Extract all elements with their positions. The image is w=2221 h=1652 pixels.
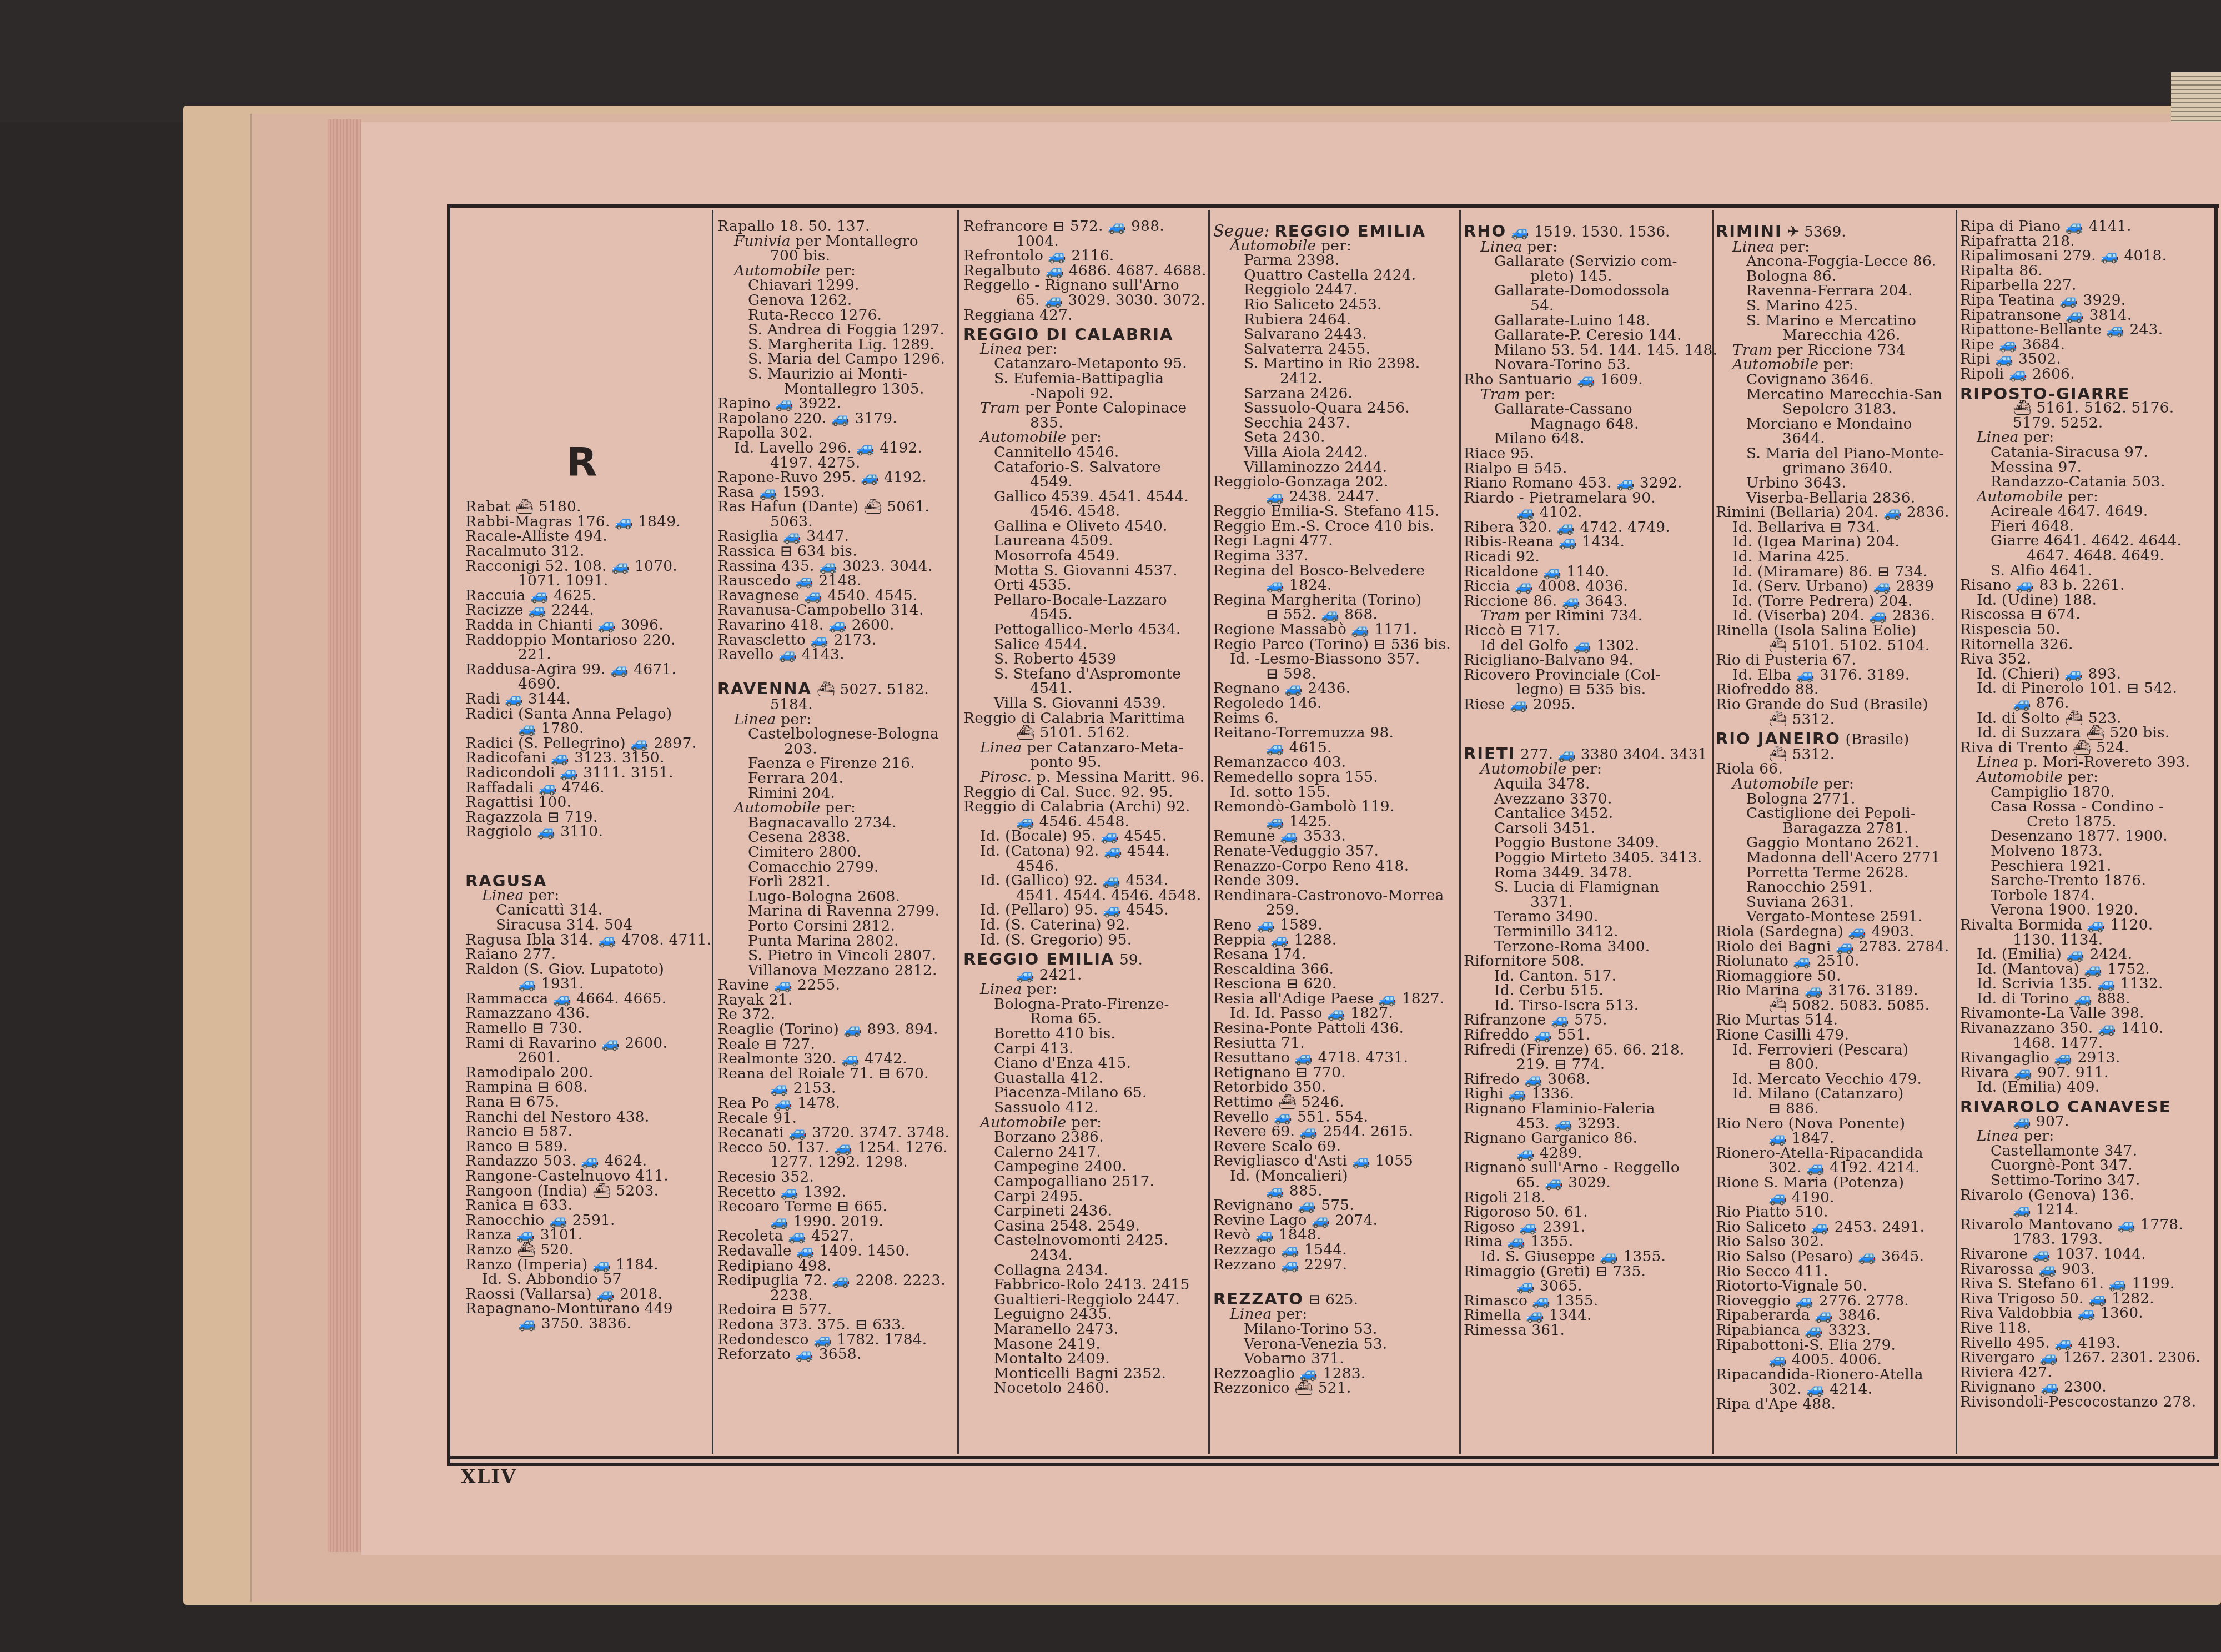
index-entry: Rivergaro 🚙 1267. 2301. 2306. — [1960, 1350, 2213, 1365]
index-entry: Id. (Viserba) 204. 🚙 2836. — [1716, 609, 1952, 624]
index-entry: Riva Trigoso 50. 🚙 1282. — [1960, 1292, 2213, 1307]
index-entry: Avezzano 3370. — [1464, 792, 1708, 807]
index-entry: Comacchio 2799. — [717, 860, 953, 875]
transport-label: Automobile per: — [1716, 777, 1952, 792]
index-entry: Radicondoli 🚙 3111. 3151. — [465, 766, 707, 781]
spacer — [465, 219, 707, 234]
index-entry: 835. — [963, 416, 1205, 431]
transport-label: Linea per Catanzaro-Meta- — [963, 741, 1205, 756]
section-heading: REGGIO DI CALABRIA — [963, 327, 1205, 342]
index-entry: Riola (Sardegna) 🚙 4903. — [1716, 925, 1952, 940]
index-entry: Rende 309. — [1213, 873, 1455, 888]
transport-label: Tram per: — [1464, 388, 1708, 403]
index-entry: Rigoroso 50. 61. — [1464, 1205, 1708, 1220]
index-entry: Id. Id. Passo 🚙 1827. — [1213, 1006, 1455, 1021]
index-entry: S. Maria del Campo 1296. — [717, 352, 953, 367]
index-entry: Cannitello 4546. — [963, 445, 1205, 460]
index-entry: Rimini 204. — [717, 786, 953, 801]
index-entry: Suviana 2631. — [1716, 895, 1952, 910]
index-entry: Desenzano 1877. 1900. — [1960, 829, 2213, 844]
index-entry: Revello 🚙 551. 554. — [1213, 1110, 1455, 1125]
index-entry: Resia all'Adige Paese 🚙 1827. — [1213, 992, 1455, 1007]
index-entry: Remedello sopra 155. — [1213, 770, 1455, 785]
index-entry: Castellamonte 347. — [1960, 1144, 2213, 1159]
index-entry: Orti 4535. — [963, 578, 1205, 593]
spacer — [465, 470, 707, 485]
index-entry: Id. di Pinerolo 101. ⊟ 542. — [1960, 681, 2213, 696]
index-entry: Radda in Chianti 🚙 3096. — [465, 618, 707, 633]
index-entry: Rio di Pusteria 67. — [1716, 653, 1952, 668]
index-entry: Settimo-Torino 347. — [1960, 1173, 2213, 1188]
index-entry: Gallarate-Domodossola — [1464, 284, 1708, 299]
index-entry: Rio Saliceto 2453. — [1213, 298, 1455, 313]
index-entry: Siracusa 314. 504 — [465, 918, 707, 933]
index-entry: Rana ⊟ 675. — [465, 1095, 707, 1110]
index-entry: Ravenna-Ferrara 204. — [1716, 284, 1952, 299]
index-entry: Recale 91. — [717, 1111, 953, 1126]
section-heading: RHO 🚙 1519. 1530. 1536. — [1464, 224, 1708, 240]
index-entry: 219. ⊟ 774. — [1464, 1057, 1708, 1072]
index-entry: S. Lucia di Flamignan — [1464, 880, 1708, 895]
index-entry: grimano 3640. — [1716, 461, 1952, 476]
index-entry: Rivangaglio 🚙 2913. — [1960, 1051, 2213, 1066]
index-entry: Castiglione dei Pepoli- — [1716, 806, 1952, 821]
spacer — [465, 396, 707, 411]
index-entry: Rabbi-Magras 176. 🚙 1849. — [465, 515, 707, 530]
index-column-4: Segue: REGGIO EMILIAAutomobile per:Parma… — [1213, 219, 1455, 1396]
index-entry: Id. Ferrovieri (Pescara) — [1716, 1043, 1952, 1058]
index-entry: Cesena 2838. — [717, 830, 953, 845]
index-entry: Id. (Emilia) 🚙 2424. — [1960, 947, 2213, 962]
index-entry: Rasa 🚙 1593. — [717, 485, 953, 500]
index-entry: Guastalla 412. — [963, 1071, 1205, 1086]
index-entry: Id. Canton. 517. — [1464, 969, 1708, 984]
index-entry: Rampina ⊟ 608. — [465, 1080, 707, 1095]
column-divider — [1956, 210, 1957, 1454]
index-entry: Riace 95. — [1464, 446, 1708, 461]
index-entry: -Napoli 92. — [963, 386, 1205, 401]
index-entry: 1004. — [963, 234, 1205, 249]
section-heading: RIVAROLO CANAVESE — [1960, 1099, 2213, 1114]
index-entry: Montalto 2409. — [963, 1352, 1205, 1367]
index-entry: Rescaldina 366. — [1213, 962, 1455, 977]
index-entry: Laureana 4509. — [963, 534, 1205, 549]
index-entry: Secchia 2437. — [1213, 416, 1455, 431]
index-entry: 65. 🚙 3029. — [1464, 1176, 1708, 1191]
index-entry: Viserba-Bellaria 2836. — [1716, 491, 1952, 506]
index-entry: Ricovero Provinciale (Col- — [1464, 668, 1708, 683]
index-entry: Rifornitore 508. — [1464, 954, 1708, 969]
column-divider — [1712, 210, 1714, 1454]
index-entry: Madonna dell'Acero 2771 — [1716, 851, 1952, 866]
index-entry: Rea Po 🚙 1478. — [717, 1096, 953, 1111]
index-entry: Retignano ⊟ 770. — [1213, 1066, 1455, 1081]
index-entry: Fabbrico-Rolo 2413. 2415 — [963, 1278, 1205, 1293]
index-entry: Porto Corsini 2812. — [717, 919, 953, 934]
index-entry: Revere 69. 🚙 2544. 2615. — [1213, 1124, 1455, 1139]
transport-label: Automobile per: — [717, 801, 953, 816]
index-entry: Villa S. Giovanni 4539. — [963, 696, 1205, 711]
index-entry: Messina 97. — [1960, 460, 2213, 475]
index-entry: S. Martino in Rio 2398. — [1213, 356, 1455, 371]
index-entry: 302. 🚙 4214. — [1716, 1382, 1952, 1397]
index-entry: Retorbido 350. — [1213, 1080, 1455, 1095]
index-entry: Renazzo-Corpo Reno 418. — [1213, 859, 1455, 874]
index-entry: Ripacandida-Rionero-Atella — [1716, 1368, 1952, 1383]
index-entry: ⛴ 5101. 5102. 5104. — [1716, 639, 1952, 654]
spacer — [465, 249, 707, 264]
index-entry: Rapagnano-Monturano 449 — [465, 1302, 707, 1317]
index-entry: Revere Scalo 69. — [1213, 1139, 1455, 1154]
index-entry: Bologna-Prato-Firenze- — [963, 997, 1205, 1012]
index-entry: Rio Marina 🚙 3176. 3189. — [1716, 983, 1952, 998]
index-entry: Rivara 🚙 907. 911. — [1960, 1066, 2213, 1081]
index-entry: Roma 65. — [963, 1012, 1205, 1027]
index-entry: Mercatino Marecchia-San — [1716, 388, 1952, 403]
index-entry: Radi 🚙 3144. — [465, 692, 707, 707]
index-entry: Riofreddo 88. — [1716, 682, 1952, 697]
section-heading: RIETI 277. 🚙 3380 3404. 3431 — [1464, 746, 1708, 762]
index-entry: Reno 🚙 1589. — [1213, 918, 1455, 933]
index-entry: Ramazzano 436. — [465, 1006, 707, 1021]
index-entry: Racale-Alliste 494. — [465, 529, 707, 544]
index-entry: Ripa di Piano 🚙 4141. — [1960, 219, 2213, 234]
index-entry: Ranica ⊟ 633. — [465, 1198, 707, 1213]
index-entry: Remune 🚙 3533. — [1213, 829, 1455, 844]
index-entry: Reggio di Calabria Marittima — [963, 711, 1205, 726]
index-entry: 2238. — [717, 1288, 953, 1303]
index-entry: Ramello ⊟ 730. — [465, 1021, 707, 1036]
index-entry: Id. Lavello 296. 🚙 4192. — [717, 441, 953, 456]
index-entry: Reggio Em.-S. Croce 410 bis. — [1213, 519, 1455, 534]
index-entry: Monticelli Bagni 2352. — [963, 1367, 1205, 1382]
index-entry: Ragazzola ⊟ 719. — [465, 810, 707, 825]
index-entry: Riparbella 227. — [1960, 278, 2213, 293]
index-entry: Ricadi 92. — [1464, 550, 1708, 565]
index-entry: Remanzacco 403. — [1213, 755, 1455, 770]
index-entry: Canicattì 314. — [465, 903, 707, 918]
index-entry: 🚙 2438. 2447. — [1213, 490, 1455, 505]
index-entry: Revigliasco d'Asti 🚙 1055 — [1213, 1154, 1455, 1169]
index-entry: Rapolla 302. — [717, 426, 953, 441]
index-entry: Id. Elba 🚙 3176. 3189. — [1716, 668, 1952, 683]
index-entry: Rio Secco 411. — [1716, 1264, 1952, 1279]
index-entry: Ripaberarda 🚙 3846. — [1716, 1308, 1952, 1323]
index-entry: 🚙 4289. — [1464, 1146, 1708, 1161]
transport-label: Automobile per: — [717, 264, 953, 279]
index-entry: 1783. 1793. — [1960, 1232, 2213, 1247]
index-entry: Reggio Emilia-S. Stefano 415. — [1213, 504, 1455, 519]
index-entry: Rifranzone 🚙 575. — [1464, 1013, 1708, 1028]
index-entry: Rimaggio (Greti) ⊟ 735. — [1464, 1264, 1708, 1279]
section-heading: RIMINI ✈ 5369. — [1716, 224, 1952, 240]
index-entry: 🚙 4102. — [1464, 505, 1708, 520]
index-entry: Rigoli 218. — [1464, 1191, 1708, 1206]
index-entry: Acireale 4647. 4649. — [1960, 504, 2213, 519]
index-entry: Terminillo 3412. — [1464, 925, 1708, 940]
index-entry: Id. (Moncalieri) — [1213, 1169, 1455, 1184]
index-entry: Rivalta Bormida 🚙 1120. — [1960, 918, 2213, 933]
index-entry: 🚙 1990. 2019. — [717, 1214, 953, 1229]
index-entry: Borzano 2386. — [963, 1130, 1205, 1145]
index-entry: Resciona ⊟ 620. — [1213, 977, 1455, 992]
index-entry: Cantalice 3452. — [1464, 806, 1708, 821]
index-entry: Regoledo 146. — [1213, 696, 1455, 711]
index-entry: Riolo dei Bagni 🚙 2783. 2784. — [1716, 940, 1952, 955]
index-entry: S. Roberto 4539 — [963, 652, 1205, 667]
index-entry: Gallarate-P. Ceresio 144. — [1464, 328, 1708, 343]
index-entry: Rio Nero (Nova Ponente) — [1716, 1117, 1952, 1132]
index-entry: Ranocchio 🚙 2591. — [465, 1213, 707, 1228]
index-entry: Carpi 2495. — [963, 1189, 1205, 1204]
index-entry: 🚙 1824. — [1213, 578, 1455, 593]
index-entry: Id. (Gallico) 92. 🚙 4534. — [963, 873, 1205, 888]
index-entry: Sassuolo 412. — [963, 1101, 1205, 1116]
index-entry: S. Marino 425. — [1716, 299, 1952, 314]
index-entry: Salvaterra 2455. — [1213, 342, 1455, 357]
index-entry: 4541. — [963, 681, 1205, 696]
index-entry: Id. (Pellaro) 95. 🚙 4545. — [963, 903, 1205, 918]
index-entry: Ranzo ⛴ 520. — [465, 1243, 707, 1258]
index-entry: Baragazza 2781. — [1716, 821, 1952, 836]
index-entry: Vobarno 371. — [1213, 1352, 1455, 1367]
section-heading: RAGUSA — [465, 873, 707, 888]
index-entry: Riese 🚙 2095. — [1464, 697, 1708, 712]
index-entry: Rivanazzano 350. 🚙 1410. — [1960, 1021, 2213, 1036]
index-entry: Raddoppio Montarioso 220. — [465, 633, 707, 648]
spacer — [465, 234, 707, 249]
index-entry: Lugo-Bologna 2608. — [717, 890, 953, 905]
index-entry: Sarzana 2426. — [1213, 386, 1455, 401]
index-entry: Riccia 🚙 4008. 4036. — [1464, 579, 1708, 594]
index-entry: Ranchi del Nestoro 438. — [465, 1110, 707, 1125]
index-entry: Ragusa Ibla 314. 🚙 4708. 4711. — [465, 933, 707, 948]
index-entry: S. Alfio 4641. — [1960, 564, 2213, 579]
frame-bottom-rule — [447, 1456, 2218, 1459]
index-entry: Ras Hafun (Dante) ⛴ 5061. — [717, 500, 953, 515]
index-entry: Rapone-Ruvo 295. 🚙 4192. — [717, 470, 953, 485]
index-entry: Molveno 1873. — [1960, 844, 2213, 859]
index-entry: Rivarone 🚙 1037. 1044. — [1960, 1247, 2213, 1262]
index-entry: Verona 1900. 1920. — [1960, 903, 2213, 918]
index-entry: Salice 4544. — [963, 637, 1205, 652]
index-entry: 453. 🚙 3293. — [1464, 1117, 1708, 1132]
index-entry: Recoaro Terme ⊟ 665. — [717, 1199, 953, 1214]
index-entry: Bagnacavallo 2734. — [717, 816, 953, 831]
index-entry: 4690. — [465, 677, 707, 692]
index-entry: Id. -Lesmo-Biassono 357. — [1213, 652, 1455, 667]
spacer — [465, 411, 707, 426]
index-entry: Rezzago 🚙 1544. — [1213, 1243, 1455, 1258]
index-entry: 700 bis. — [717, 249, 953, 264]
index-entry: Rionero-Atella-Ripacandida — [1716, 1146, 1952, 1161]
index-entry: Rio Salso (Pesaro) 🚙 3645. — [1716, 1249, 1952, 1264]
index-entry: Porretta Terme 2628. — [1716, 866, 1952, 881]
spacer — [1464, 712, 1708, 727]
index-entry: Rangone-Castelnuovo 411. — [465, 1169, 707, 1184]
index-entry: ⛴ 5161. 5162. 5176. — [1960, 401, 2213, 416]
index-entry: Castelnovomonti 2425. — [963, 1233, 1205, 1248]
transport-label: Tram per Riccione 734 — [1716, 343, 1952, 358]
index-column-3: Refrancore ⊟ 572. 🚙 988.1004.Refrontolo … — [963, 219, 1205, 1396]
index-entry: Rio Salso 302. — [1716, 1234, 1952, 1249]
index-entry: Rivarolo Mantovano 🚙 1778. — [1960, 1218, 2213, 1233]
index-entry: Teramo 3490. — [1464, 910, 1708, 925]
index-entry: ⊟ 800. — [1716, 1057, 1952, 1072]
index-entry: Racalmuto 312. — [465, 544, 707, 559]
index-entry: 4545. — [963, 607, 1205, 622]
index-entry: Id. di Torino 🚙 888. — [1960, 992, 2213, 1007]
index-entry: Redavalle 🚙 1409. 1450. — [717, 1244, 953, 1259]
index-entry: Ranocchio 2591. — [1716, 880, 1952, 895]
index-entry: Fieri 4648. — [1960, 519, 2213, 534]
index-entry: 🚙 885. — [1213, 1184, 1455, 1199]
index-entry: Gallarate-Luino 148. — [1464, 314, 1708, 329]
index-entry: Id. (Mantova) 🚙 1752. — [1960, 962, 2213, 977]
index-entry: 🚙 4005. 4006. — [1716, 1353, 1952, 1368]
index-entry: Reggello - Rignano sull'Arno — [963, 278, 1205, 293]
index-entry: Rimessa 361. — [1464, 1323, 1708, 1338]
index-entry: Realmonte 320. 🚙 4742. — [717, 1052, 953, 1067]
index-entry: Regina Margherita (Torino) — [1213, 593, 1455, 608]
index-entry: Radici (S. Pellegrino) 🚙 2897. — [465, 736, 707, 751]
index-entry: Riva di Trento ⛴ 524. — [1960, 741, 2213, 756]
index-entry: 221. — [465, 647, 707, 662]
section-heading: RIO JANEIRO (Brasile) — [1716, 731, 1952, 747]
index-entry: Rifredo 🚙 3068. — [1464, 1072, 1708, 1087]
index-entry: Redoira ⊟ 577. — [717, 1303, 953, 1318]
index-entry: Rauscedo 🚙 2148. — [717, 574, 953, 589]
index-entry: Radicofani 🚙 3123. 3150. — [465, 751, 707, 766]
index-entry: Nocetolo 2460. — [963, 1381, 1205, 1396]
index-entry: Ravine 🚙 2255. — [717, 978, 953, 993]
index-entry: Recetto 🚙 1392. — [717, 1185, 953, 1200]
index-entry: Reitano-Torremuzza 98. — [1213, 726, 1455, 741]
index-entry: Rio Piatto 510. — [1716, 1205, 1952, 1220]
index-entry: Recco 50. 137. 🚙 1254. 1276. — [717, 1141, 953, 1156]
index-entry: Regnano 🚙 2436. — [1213, 681, 1455, 696]
index-entry: Rassica ⊟ 634 bis. — [717, 544, 953, 559]
index-entry: Riolunato 🚙 2510. — [1716, 954, 1952, 969]
index-entry: Reggiana 427. — [963, 308, 1205, 323]
transport-label: Linea per: — [717, 712, 953, 727]
index-entry: Rabat ⛴ 5180. — [465, 500, 707, 515]
index-entry: Rignano sull'Arno - Reggello — [1464, 1161, 1708, 1176]
index-entry: Ravagnese 🚙 4540. 4545. — [717, 589, 953, 604]
index-entry: Ribis-Reana 🚙 1434. — [1464, 535, 1708, 550]
spacer — [465, 456, 707, 471]
transport-label: Automobile per: — [1960, 770, 2213, 785]
index-entry: Id. Tirso-Iscra 513. — [1464, 998, 1708, 1013]
index-entry: Id. (Udine) 188. — [1960, 593, 2213, 608]
index-entry: ⊟ 598. — [1213, 667, 1455, 682]
index-entry: Sarche-Trento 1876. — [1960, 873, 2213, 888]
index-entry: Bologna 2771. — [1716, 792, 1952, 807]
index-entry: Mosorrofa 4549. — [963, 549, 1205, 564]
index-entry: Refrancore ⊟ 572. 🚙 988. — [963, 219, 1205, 234]
section-heading: RIPOSTO-GIARRE — [1960, 386, 2213, 401]
index-entry: S. Maria del Piano-Monte- — [1716, 446, 1952, 461]
index-entry: ponto 95. — [963, 755, 1205, 770]
index-entry: Rettimo ⛴ 5246. — [1213, 1095, 1455, 1110]
index-entry: Id. Mercato Vecchio 479. — [1716, 1072, 1952, 1087]
index-entry: Ravello 🚙 4143. — [717, 647, 953, 662]
index-entry: Genova 1262. — [717, 293, 953, 308]
index-entry: Montallegro 1305. — [717, 382, 953, 397]
column-divider — [712, 210, 713, 1454]
index-entry: Rifredi (Firenze) 65. 66. 218. — [1464, 1043, 1708, 1058]
index-entry: Id. S. Abbondio 57 — [465, 1272, 707, 1287]
index-entry: Id. (Miramare) 86. ⊟ 734. — [1716, 565, 1952, 580]
index-entry: ⛴ 5101. 5162. — [963, 726, 1205, 741]
index-entry: Randazzo 503. 🚙 4624. — [465, 1154, 707, 1169]
section-heading: REZZATO ⊟ 625. — [1213, 1292, 1455, 1308]
index-entry: Redipuglia 72. 🚙 2208. 2223. — [717, 1273, 953, 1288]
index-entry: Rancio ⊟ 587. — [465, 1124, 707, 1139]
index-entry: Sepolcro 3183. — [1716, 402, 1952, 417]
index-entry: 1277. 1292. 1298. — [717, 1155, 953, 1170]
index-entry: Roma 3449. 3478. — [1464, 866, 1708, 881]
index-entry: 🚙 1847. — [1716, 1131, 1952, 1146]
index-entry: Riva 352. — [1960, 652, 2213, 667]
pages-edge — [328, 119, 361, 1552]
index-entry: Reana del Roiale 71. ⊟ 670. — [717, 1067, 953, 1082]
index-entry: Reaglie (Torino) 🚙 893. 894. — [717, 1022, 953, 1037]
transport-label: Linea per: — [1960, 1129, 2213, 1144]
index-entry: 1071. 1091. — [465, 574, 707, 589]
index-entry: Righi 🚙 1336. — [1464, 1087, 1708, 1102]
index-entry: Casa Rossa - Condino - — [1960, 800, 2213, 815]
index-entry: Marina di Ravenna 2799. — [717, 904, 953, 919]
index-entry: ⛴ 5082. 5083. 5085. — [1716, 998, 1952, 1013]
index-entry: Ribera 320. 🚙 4742. 4749. — [1464, 520, 1708, 535]
transport-label: Linea p. Mori-Rovereto 393. — [1960, 755, 2213, 770]
spacer — [465, 278, 707, 293]
index-entry: Resana 174. — [1213, 947, 1455, 962]
index-entry: Ripoli 🚙 2606. — [1960, 367, 2213, 382]
spacer — [465, 441, 707, 456]
index-entry: Ravanusa-Campobello 314. — [717, 603, 953, 618]
spacer — [465, 367, 707, 382]
index-entry: Aquila 3478. — [1464, 777, 1708, 792]
index-column-1: Rabat ⛴ 5180.Rabbi-Magras 176. 🚙 1849.Ra… — [465, 219, 707, 1332]
index-entry: 5179. 5252. — [1960, 416, 2213, 431]
index-entry: S. Andrea di Foggia 1297. — [717, 323, 953, 338]
index-entry: 3644. — [1716, 431, 1952, 446]
spacer — [717, 662, 953, 677]
index-entry: Morciano e Mondaino — [1716, 417, 1952, 432]
index-entry: pleto) 145. — [1464, 269, 1708, 284]
index-entry: 🚙 3750. 3836. — [465, 1317, 707, 1332]
index-entry: Catania-Siracusa 97. — [1960, 445, 2213, 460]
index-column-5: RHO 🚙 1519. 1530. 1536.Linea per:Gallara… — [1464, 219, 1708, 1338]
index-entry: Re 372. — [717, 1007, 953, 1022]
index-entry: Rivignano 🚙 2300. — [1960, 1380, 2213, 1395]
index-entry: Parma 2398. — [1213, 253, 1455, 268]
index-entry: Risano 🚙 83 b. 2261. — [1960, 578, 2213, 593]
index-entry: Gaggio Montano 2621. — [1716, 836, 1952, 851]
index-entry: ⛴ 5312. — [1716, 712, 1952, 727]
index-entry: Recesio 352. — [717, 1170, 953, 1185]
index-entry: Marecchia 426. — [1716, 328, 1952, 343]
index-entry: 1468. 1477. — [1960, 1036, 2213, 1051]
index-entry: Reggiolo-Gonzaga 202. — [1213, 475, 1455, 490]
transport-label: Linea per: — [465, 888, 707, 903]
index-entry: Ricigliano-Balvano 94. — [1464, 653, 1708, 668]
index-entry: Punta Marina 2802. — [717, 934, 953, 949]
index-column-2: Rapallo 18. 50. 137.Funivia per Montalle… — [717, 219, 953, 1362]
index-entry: Rezzoaglio 🚙 1283. — [1213, 1367, 1455, 1382]
